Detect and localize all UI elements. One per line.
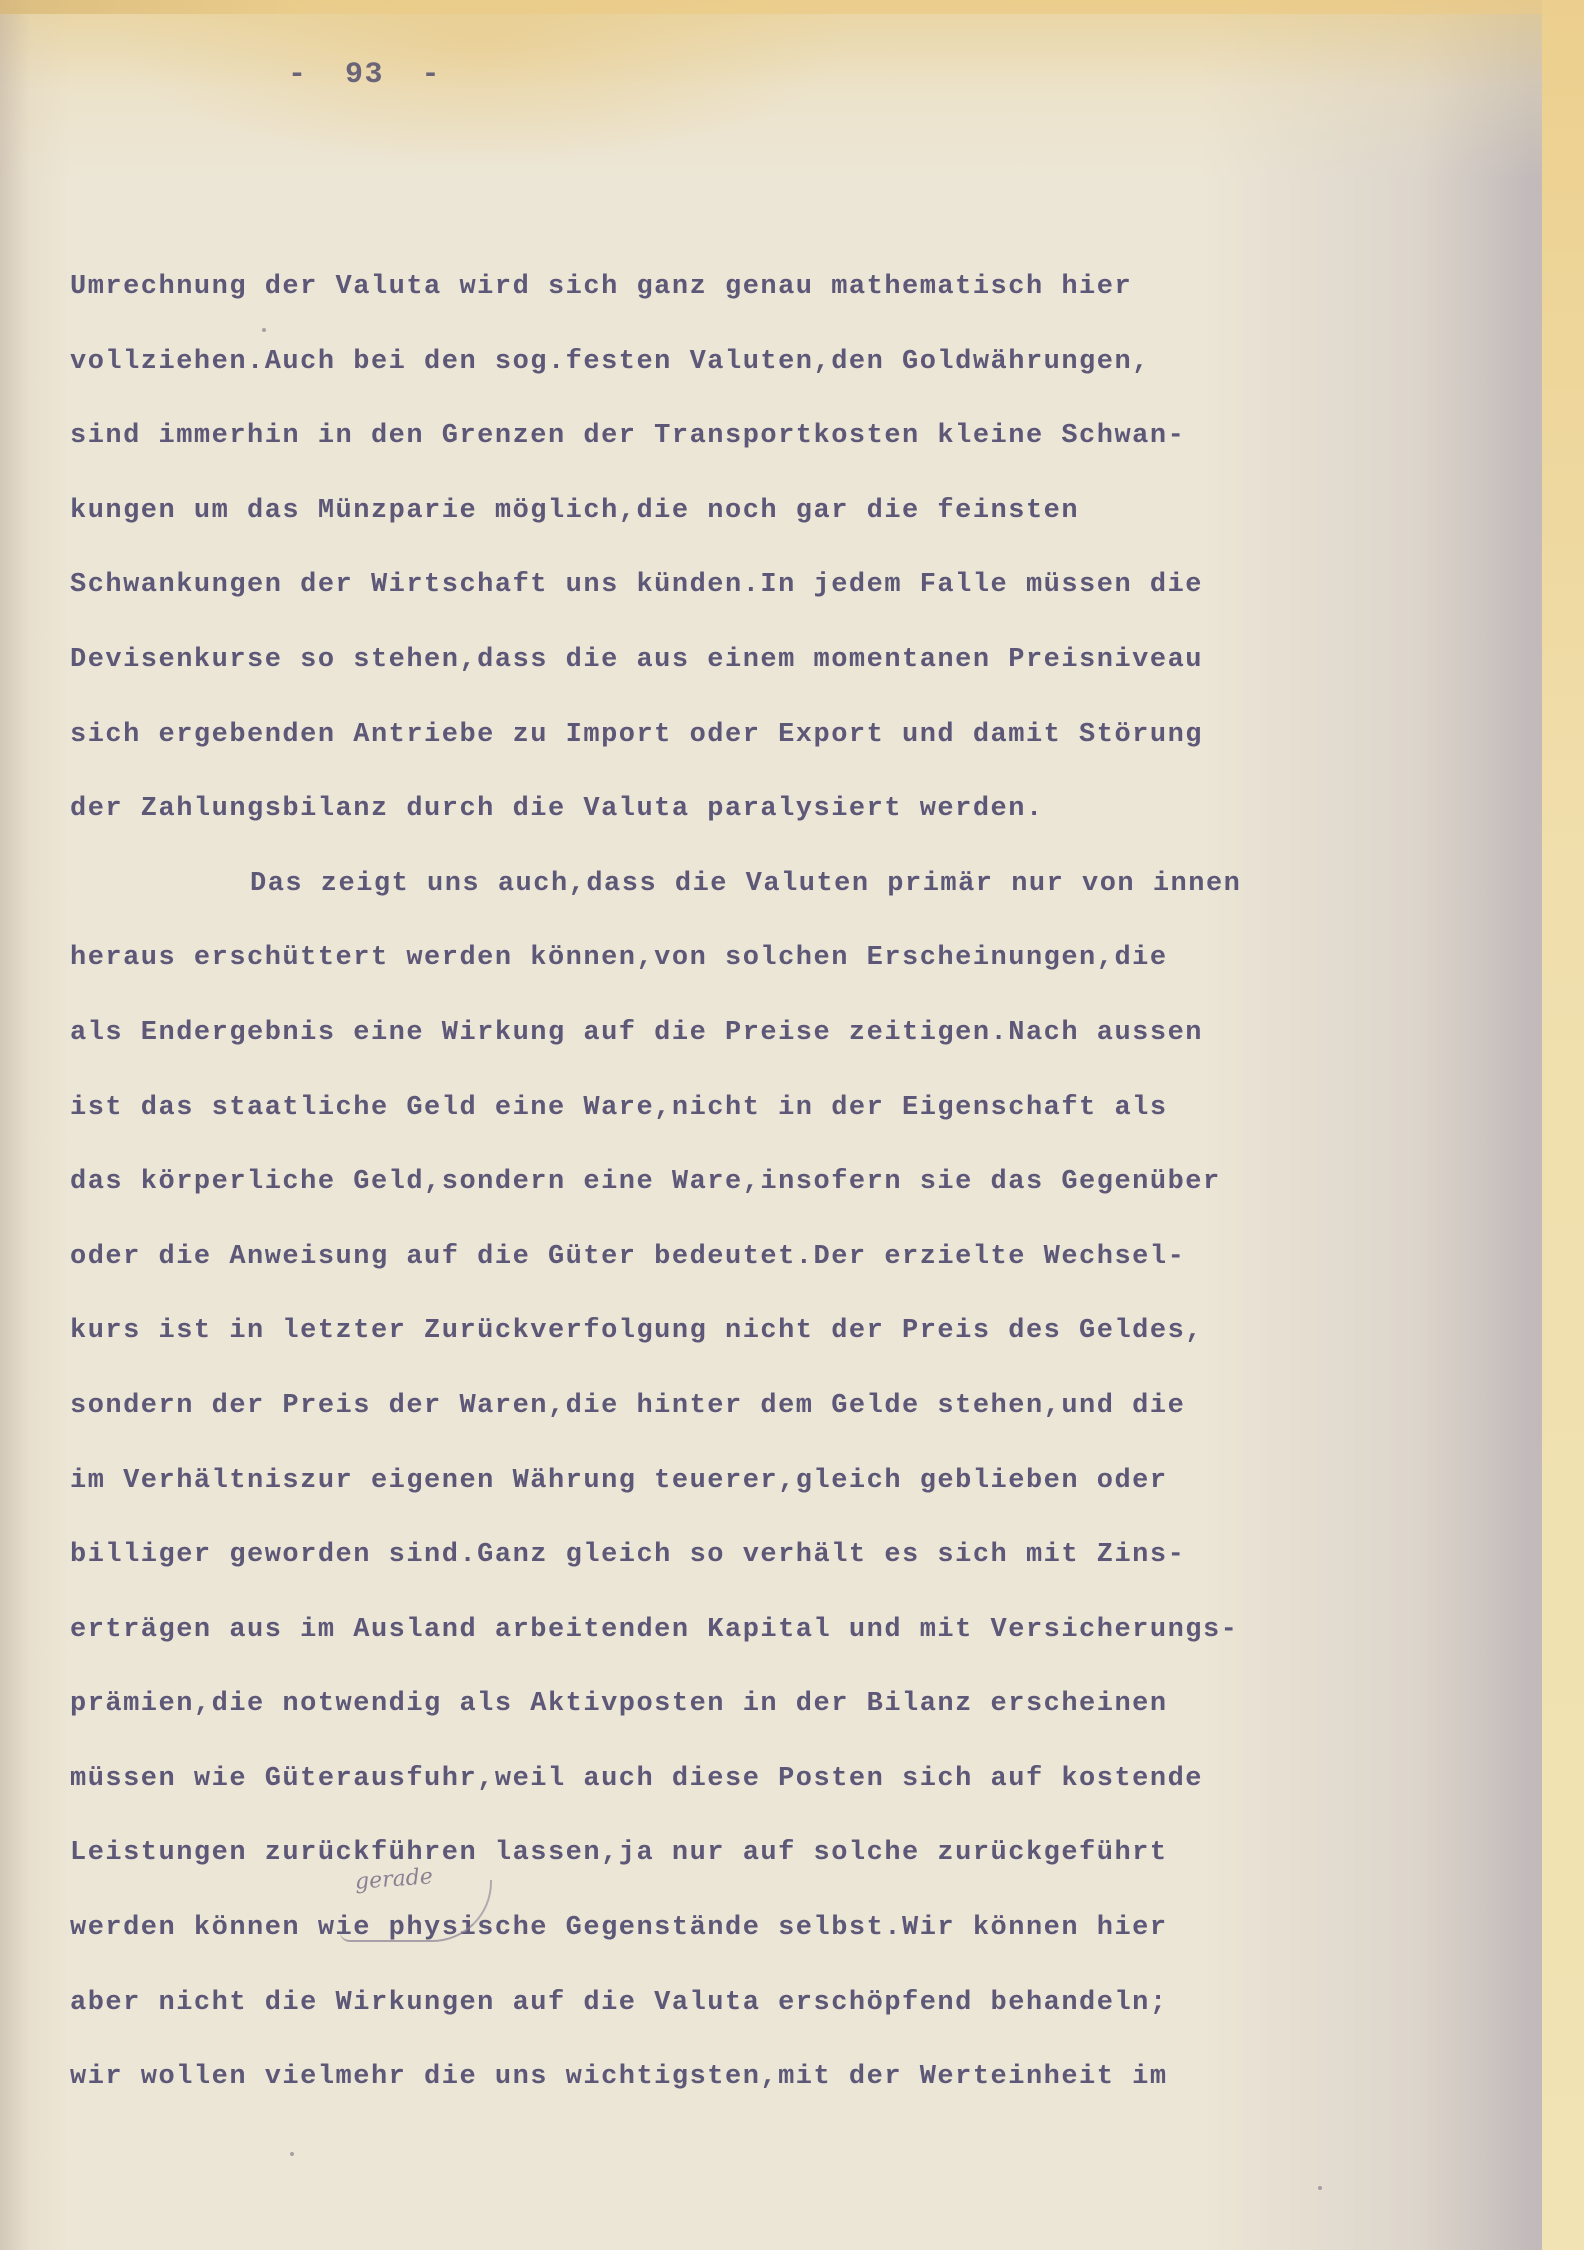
text-line: sind immerhin in den Grenzen der Transpo… (70, 419, 1510, 494)
body-text: Umrechnung der Valuta wird sich ganz gen… (70, 270, 1510, 2135)
text-line: prämien,die notwendig als Aktivposten in… (70, 1687, 1510, 1762)
page-edge-right (1542, 0, 1584, 2250)
ink-speck (290, 2152, 294, 2156)
ink-speck (1318, 2186, 1322, 2190)
ink-speck (262, 328, 266, 332)
scanned-page: - 93 - Umrechnung der Valuta wird sich g… (0, 0, 1584, 2250)
text-line: Umrechnung der Valuta wird sich ganz gen… (70, 270, 1510, 345)
text-line: oder die Anweisung auf die Güter bedeute… (70, 1240, 1510, 1315)
text-line: im Verhältniszur eigenen Währung teuerer… (70, 1464, 1510, 1539)
paragraph-2: Das zeigt uns auch,dass die Valuten prim… (70, 867, 1510, 2135)
text-line: erträgen aus im Ausland arbeitenden Kapi… (70, 1613, 1510, 1688)
paragraph-1: Umrechnung der Valuta wird sich ganz gen… (70, 270, 1510, 867)
text-line: vollziehen.Auch bei den sog.festen Valut… (70, 345, 1510, 420)
text-line: Das zeigt uns auch,dass die Valuten prim… (70, 867, 1510, 942)
text-line: sich ergebenden Antriebe zu Import oder … (70, 718, 1510, 793)
text-line: der Zahlungsbilanz durch die Valuta para… (70, 792, 1510, 867)
text-line: kurs ist in letzter Zurückverfolgung nic… (70, 1314, 1510, 1389)
text-line: ist das staatliche Geld eine Ware,nicht … (70, 1091, 1510, 1166)
text-line: billiger geworden sind.Ganz gleich so ve… (70, 1538, 1510, 1613)
text-line: Schwankungen der Wirtschaft uns künden.I… (70, 568, 1510, 643)
page-number: - 93 - (288, 58, 441, 92)
page-edge-top (0, 0, 1584, 14)
text-line: werden können wie physische Gegenstände … (70, 1911, 1510, 1986)
text-line: als Endergebnis eine Wirkung auf die Pre… (70, 1016, 1510, 1091)
text-line: kungen um das Münzparie möglich,die noch… (70, 494, 1510, 569)
text-line: aber nicht die Wirkungen auf die Valuta … (70, 1986, 1510, 2061)
text-line: wir wollen vielmehr die uns wichtigsten,… (70, 2060, 1510, 2135)
text-line: Devisenkurse so stehen,dass die aus eine… (70, 643, 1510, 718)
text-line: Leistungen zurückführen lassen,ja nur au… (70, 1836, 1510, 1911)
text-line: sondern der Preis der Waren,die hinter d… (70, 1389, 1510, 1464)
text-line: das körperliche Geld,sondern eine Ware,i… (70, 1165, 1510, 1240)
text-line: müssen wie Güterausfuhr,weil auch diese … (70, 1762, 1510, 1837)
text-line: heraus erschüttert werden können,von sol… (70, 941, 1510, 1016)
